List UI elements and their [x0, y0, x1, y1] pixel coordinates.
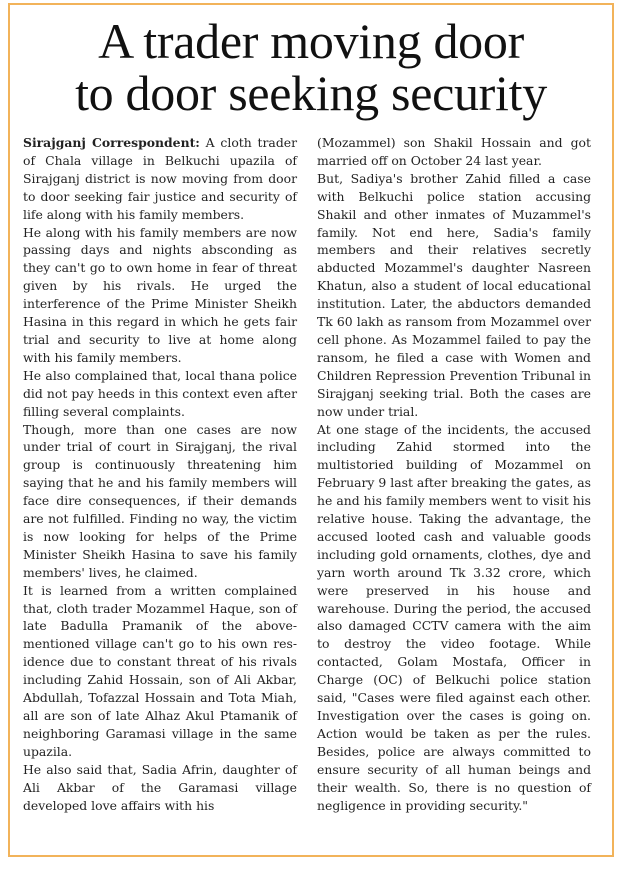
column-right: (Mozammel) son Shakil Hossain and got ma… [317, 134, 591, 814]
paragraph: But, Sadiya's brother Zahid filled a cas… [317, 170, 591, 421]
headline: A trader moving door to door seeking sec… [10, 15, 612, 119]
paragraph: He along with his family members are now… [23, 224, 297, 367]
paragraph: Sirajganj Correspondent: A cloth trader … [23, 134, 297, 224]
paragraph: It is learned from a written complained … [23, 582, 297, 761]
paragraph: He also complained that, local thana pol… [23, 367, 297, 421]
paragraph: He also said that, Sadia Afrin, daughter… [23, 761, 297, 815]
headline-line-1: A trader moving door [10, 15, 612, 67]
paragraph: At one stage of the incidents, the accus… [317, 421, 591, 815]
headline-line-2: to door seeking security [10, 67, 612, 119]
column-left: Sirajganj Correspondent: A cloth trader … [23, 134, 297, 814]
byline: Sirajganj Correspondent: [23, 135, 200, 150]
paragraph: Though, more than one cases are now unde… [23, 421, 297, 582]
article-body: Sirajganj Correspondent: A cloth trader … [23, 134, 591, 814]
paragraph: (Mozammel) son Shakil Hossain and got ma… [317, 134, 591, 170]
